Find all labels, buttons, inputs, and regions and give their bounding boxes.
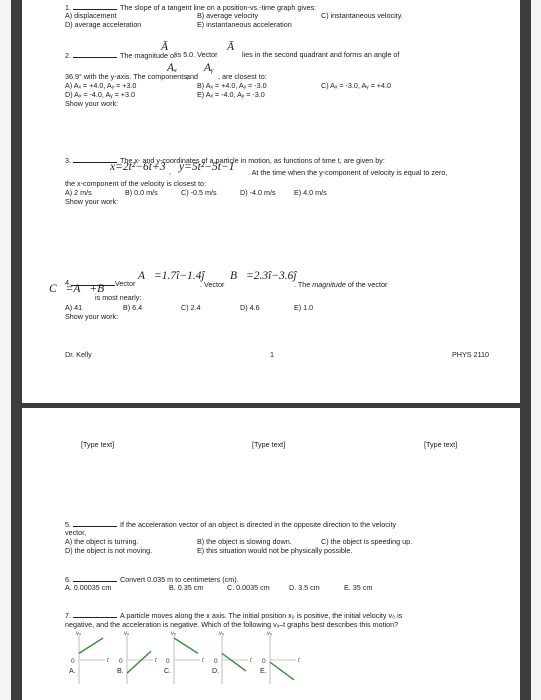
origin-label: 0: [166, 658, 170, 665]
option-d: D) the object is not moving.: [65, 546, 152, 555]
question-prompt: vector,: [65, 528, 86, 537]
origin-label: 0: [71, 658, 75, 665]
question-prompt: Vector: [115, 279, 135, 288]
option-d: D) average acceleration: [65, 20, 141, 29]
show-work-label: Show your work:: [65, 197, 118, 206]
option-b: B) the object is slowing down.: [197, 537, 292, 546]
option-e: E) Aₓ = -4.0, Aᵧ = -3.0: [197, 90, 265, 99]
v-axis-label: vₓ: [219, 631, 225, 637]
graph-option-label: A.: [69, 668, 76, 675]
option-b: B. 0.35 cm: [169, 583, 203, 592]
header-right[interactable]: [Type text]: [424, 440, 457, 449]
option-c: C) instantaneous velocity.: [321, 11, 403, 20]
option-b: B) 0.0 m/s: [125, 188, 158, 197]
vt-graph-option-e: vₓt0E.: [258, 628, 306, 686]
vector-a-symbol: Ā: [161, 43, 168, 52]
velocity-line: [79, 638, 103, 653]
document-page-2: [Type text] [Type text] [Type text] 5. I…: [22, 408, 520, 700]
answer-blank[interactable]: [73, 610, 117, 618]
question-prompt: . Vector: [200, 280, 224, 289]
emphasis-magnitude: magnitude: [312, 280, 346, 289]
t-axis-label: t: [202, 658, 204, 664]
page-border-left: [11, 0, 22, 700]
answer-blank[interactable]: [73, 2, 117, 10]
document-page-1: 1. The slope of a tangent line on a posi…: [22, 0, 520, 403]
option-a: A) 2 m/s: [65, 188, 92, 197]
velocity-line: [222, 653, 246, 671]
equation-x: x=2t²−6t+3: [110, 163, 165, 172]
footer-course: PHYS 2110: [452, 350, 489, 359]
page-border-right: [520, 0, 531, 700]
question-prompt: . At the time when the y-component of ve…: [248, 168, 447, 177]
option-b: B) 6.4: [123, 303, 142, 312]
v-axis-label: vₓ: [124, 631, 130, 637]
graph-option-label: C.: [164, 668, 171, 675]
ax-symbol: Aₓ: [167, 64, 177, 73]
option-e: E) instantaneous acceleration: [197, 20, 292, 29]
option-d: D) -4.0 m/s: [240, 188, 276, 197]
question-prompt: If the acceleration vector of an object …: [120, 520, 396, 529]
origin-label: 0: [214, 658, 218, 665]
velocity-line: [127, 651, 151, 673]
question-prompt: lies in the second quadrant and forms an…: [242, 50, 399, 59]
footer-author: Dr. Kelly: [65, 350, 92, 359]
question-number: 2.: [65, 51, 71, 60]
separator: ,: [169, 167, 171, 176]
question-prompt: A particle moves along the x axis. The i…: [120, 611, 402, 620]
origin-label: 0: [119, 658, 123, 665]
question-prompt: and: [186, 72, 198, 81]
option-a: A) the object is turning.: [65, 537, 139, 546]
option-a: A. 0.00035 cm: [65, 583, 111, 592]
vt-graph-option-d: vₓt0D.: [210, 628, 258, 686]
question-prompt: of the vector: [346, 280, 388, 289]
velocity-line: [174, 638, 198, 653]
footer-page-number: 1: [270, 350, 274, 359]
question-prompt: . The: [294, 280, 312, 289]
option-e: E) 1.0: [294, 303, 313, 312]
show-work-label: Show your work:: [65, 312, 118, 321]
option-c: C. 0.0035 cm: [227, 583, 270, 592]
graph-option-label: D.: [212, 668, 219, 675]
v-axis-label: vₓ: [267, 631, 273, 637]
option-e: E) 4.0 m/s: [294, 188, 327, 197]
option-c: C) -0.5 m/s: [181, 188, 217, 197]
answer-blank[interactable]: [73, 574, 117, 582]
origin-label: 0: [262, 658, 266, 665]
v-axis-label: vₓ: [76, 631, 82, 637]
equation-y: y=5t²−5t−1: [179, 163, 234, 172]
t-axis-label: t: [250, 658, 252, 664]
option-d: D. 3.5 cm: [289, 583, 320, 592]
option-e: E. 35 cm: [344, 583, 372, 592]
option-c: C) 2.4: [181, 303, 201, 312]
header-left[interactable]: [Type text]: [81, 440, 114, 449]
question-prompt: is most nearly:: [95, 293, 141, 302]
v-axis-label: vₓ: [171, 631, 177, 637]
t-axis-label: t: [155, 658, 157, 664]
question-number: 3.: [65, 156, 71, 165]
question-prompt: , are closest to:: [218, 72, 267, 81]
vt-graph-option-a: vₓt0A.: [67, 628, 115, 686]
question-number: 7.: [65, 611, 71, 620]
option-b: B) average velocity: [197, 11, 258, 20]
question-prompt: the x-component of the velocity is close…: [65, 179, 206, 188]
option-a: A) 41: [65, 303, 82, 312]
option-a: A) Aₓ = +4.0, Aᵧ = +3.0: [65, 81, 136, 90]
vt-graph-option-c: vₓt0C.: [162, 628, 210, 686]
graph-option-label: E.: [260, 668, 267, 675]
t-axis-label: t: [298, 658, 300, 664]
vector-b-equation: B⃗=2.3î−3.6ĵ: [230, 272, 297, 281]
option-e: E) this situation would not be physicall…: [197, 546, 352, 555]
velocity-line: [270, 662, 294, 680]
vector-a-symbol: Ā: [227, 43, 234, 52]
vt-graph-option-b: vₓt0B.: [115, 628, 163, 686]
option-d: D) Aₓ = -4.0, Aᵧ = +3.0: [65, 90, 135, 99]
option-a: A) displacement: [65, 11, 117, 20]
option-c: C) the object is speeding up.: [321, 537, 412, 546]
answer-blank[interactable]: [73, 519, 117, 527]
option-b: B) Aₓ = +4.0, Aᵧ = -3.0: [197, 81, 267, 90]
graph-option-label: B.: [117, 668, 124, 675]
t-axis-label: t: [107, 658, 109, 664]
header-center[interactable]: [Type text]: [252, 440, 285, 449]
option-c: C) Aₓ = -3.0, Aᵧ = +4.0: [321, 81, 391, 90]
vector-a-equation: A⃗=1.7î−1.4ĵ: [138, 272, 205, 281]
option-d: D) 4.6: [240, 303, 260, 312]
show-work-label: Show your work:: [65, 99, 118, 108]
answer-blank[interactable]: [73, 50, 117, 58]
question-prompt: is 5.0. Vector: [176, 50, 218, 59]
ay-symbol: Aᵧ: [204, 64, 214, 73]
